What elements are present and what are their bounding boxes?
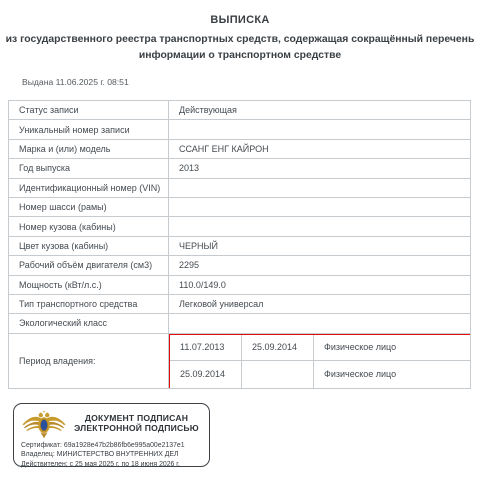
table-row-vehicle-type: Тип транспортного средства Легковой унив… (9, 295, 470, 314)
row-label: Рабочий объём двигателя (см3) (9, 256, 169, 274)
row-value (169, 120, 470, 138)
table-row-eco-class: Экологический класс (9, 314, 470, 333)
owner-line: Владелец: МИНИСТЕРСТВО ВНУТРЕННИХ ДЕЛ (21, 450, 202, 459)
row-value: ЧЕРНЫЙ (169, 237, 470, 255)
signature-stamp-title: ДОКУМЕНТ ПОДПИСАН ЭЛЕКТРОННОЙ ПОДПИСЬЮ (71, 413, 202, 434)
row-label: Экологический класс (9, 314, 169, 332)
row-value: 110.0/149.0 (169, 276, 470, 294)
table-row-chassis: Номер шасси (рамы) (9, 198, 470, 217)
row-label: Период владения: (9, 334, 169, 388)
table-row-status: Статус записи Действующая (9, 101, 470, 120)
row-value (169, 198, 470, 216)
certificate-line: Сертификат: 69a1928e47b2b86fb6e995a00e21… (21, 441, 202, 450)
certificate-label: Сертификат: (21, 442, 62, 449)
row-value: ССАНГ ЕНГ КАЙРОН (169, 140, 470, 158)
document-subtitle-line1: из государственного реестра транспортных… (0, 32, 480, 48)
row-value (169, 179, 470, 197)
signature-stamp-header: ДОКУМЕНТ ПОДПИСАН ЭЛЕКТРОННОЙ ПОДПИСЬЮ (21, 407, 202, 439)
table-row-power: Мощность (кВт/л.с.) 110.0/149.0 (9, 276, 470, 295)
validity-line: Действителен: с 25 мая 2025 г. по 18 июн… (21, 460, 202, 469)
table-row-body-number: Номер кузова (кабины) (9, 217, 470, 236)
ownership-to-date: 25.09.2014 (242, 335, 314, 362)
ownership-owner-type: Физическое лицо (314, 335, 470, 362)
document-title: ВЫПИСКА (0, 14, 480, 26)
validity-label: Действителен: (21, 461, 68, 468)
document-subtitle-line2: информации о транспортном средстве (0, 48, 480, 64)
table-row-ownership-period: Период владения: 11.07.2013 25.09.2014 Ф… (9, 334, 470, 388)
signature-title-line1: ДОКУМЕНТ ПОДПИСАН (71, 413, 202, 424)
signature-details: Сертификат: 69a1928e47b2b86fb6e995a00e21… (21, 441, 202, 469)
ownership-owner-type: Физическое лицо (314, 361, 470, 388)
row-value: 2295 (169, 256, 470, 274)
row-label: Цвет кузова (кабины) (9, 237, 169, 255)
validity-value: с 25 мая 2025 г. по 18 июня 2026 г. (70, 461, 180, 468)
row-label: Уникальный номер записи (9, 120, 169, 138)
row-label: Тип транспортного средства (9, 295, 169, 313)
row-value (169, 314, 470, 332)
document-header: ВЫПИСКА из государственного реестра тран… (0, 0, 480, 63)
owner-value: МИНИСТЕРСТВО ВНУТРЕННИХ ДЕЛ (57, 451, 179, 458)
owner-label: Владелец: (21, 451, 55, 458)
row-label: Марка и (или) модель (9, 140, 169, 158)
ownership-highlight-box: 11.07.2013 25.09.2014 Физическое лицо 25… (169, 334, 470, 388)
row-label: Статус записи (9, 101, 169, 119)
row-value (169, 217, 470, 235)
ownership-to-date (242, 361, 314, 388)
row-label: Номер шасси (рамы) (9, 198, 169, 216)
mvd-double-eagle-emblem-icon (21, 407, 67, 439)
table-row-unique-number: Уникальный номер записи (9, 120, 470, 139)
table-row-color: Цвет кузова (кабины) ЧЕРНЫЙ (9, 237, 470, 256)
row-value: Легковой универсал (169, 295, 470, 313)
vehicle-extract-document: ВЫПИСКА из государственного реестра тран… (0, 0, 480, 480)
certificate-value: 69a1928e47b2b86fb6e995a00e2137e1 (64, 442, 185, 449)
ownership-subtable: 11.07.2013 25.09.2014 Физическое лицо 25… (170, 335, 470, 388)
table-row-engine-volume: Рабочий объём двигателя (см3) 2295 (9, 256, 470, 275)
ownership-from-date: 25.09.2014 (170, 361, 242, 388)
ownership-period-cell: 11.07.2013 25.09.2014 Физическое лицо 25… (169, 334, 470, 388)
electronic-signature-stamp: ДОКУМЕНТ ПОДПИСАН ЭЛЕКТРОННОЙ ПОДПИСЬЮ С… (13, 403, 210, 467)
row-value: 2013 (169, 159, 470, 177)
signature-title-line2: ЭЛЕКТРОННОЙ ПОДПИСЬЮ (71, 423, 202, 434)
issued-date: Выдана 11.06.2025 г. 08:51 (22, 77, 129, 87)
ownership-from-date: 11.07.2013 (170, 335, 242, 362)
row-label: Идентификационный номер (VIN) (9, 179, 169, 197)
row-value: Действующая (169, 101, 470, 119)
table-row-vin: Идентификационный номер (VIN) (9, 179, 470, 198)
row-label: Мощность (кВт/л.с.) (9, 276, 169, 294)
row-label: Год выпуска (9, 159, 169, 177)
row-label: Номер кузова (кабины) (9, 217, 169, 235)
vehicle-info-table: Статус записи Действующая Уникальный ном… (8, 100, 471, 389)
table-row-make-model: Марка и (или) модель ССАНГ ЕНГ КАЙРОН (9, 140, 470, 159)
table-row-year: Год выпуска 2013 (9, 159, 470, 178)
